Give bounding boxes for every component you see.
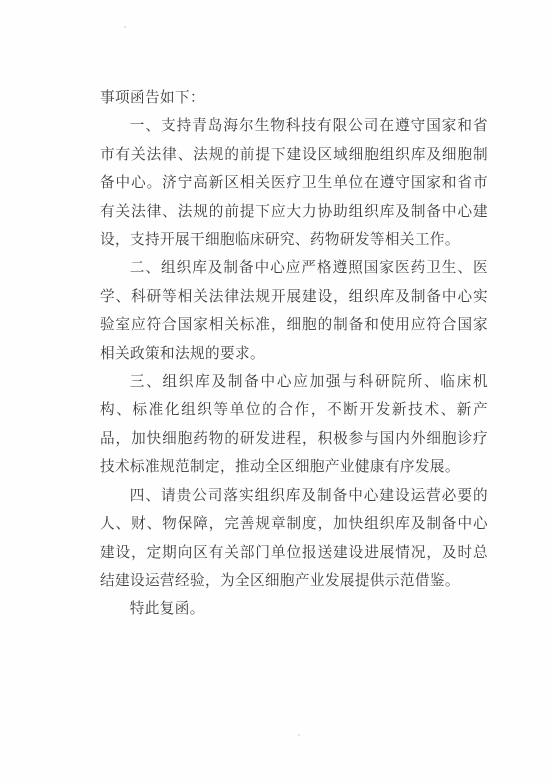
scan-speck	[124, 26, 126, 28]
paragraph-item-3: 三、组织库及制备中心应加强与科研院所、临床机构、标准化组织等单位的合作，不断开发…	[100, 368, 488, 482]
paragraph-item-1: 一、支持青岛海尔生物科技有限公司在遵守国家和省市有关法律、法规的前提下建设区域细…	[100, 112, 488, 254]
paragraph-item-2: 二、组织库及制备中心应严格遵照国家医药卫生、医学、科研等相关法律法规开展建设，组…	[100, 254, 488, 368]
scan-speck	[298, 734, 300, 736]
closing-line: 特此复函。	[100, 595, 488, 623]
paragraph-item-4: 四、请贵公司落实组织库及制备中心建设运营必要的人、财、物保障，完善规章制度，加快…	[100, 482, 488, 596]
letter-body: 事项函告如下： 一、支持青岛海尔生物科技有限公司在遵守国家和省市有关法律、法规的…	[100, 84, 488, 624]
document-page: 事项函告如下： 一、支持青岛海尔生物科技有限公司在遵守国家和省市有关法律、法规的…	[0, 0, 554, 784]
opening-line: 事项函告如下：	[100, 84, 488, 112]
